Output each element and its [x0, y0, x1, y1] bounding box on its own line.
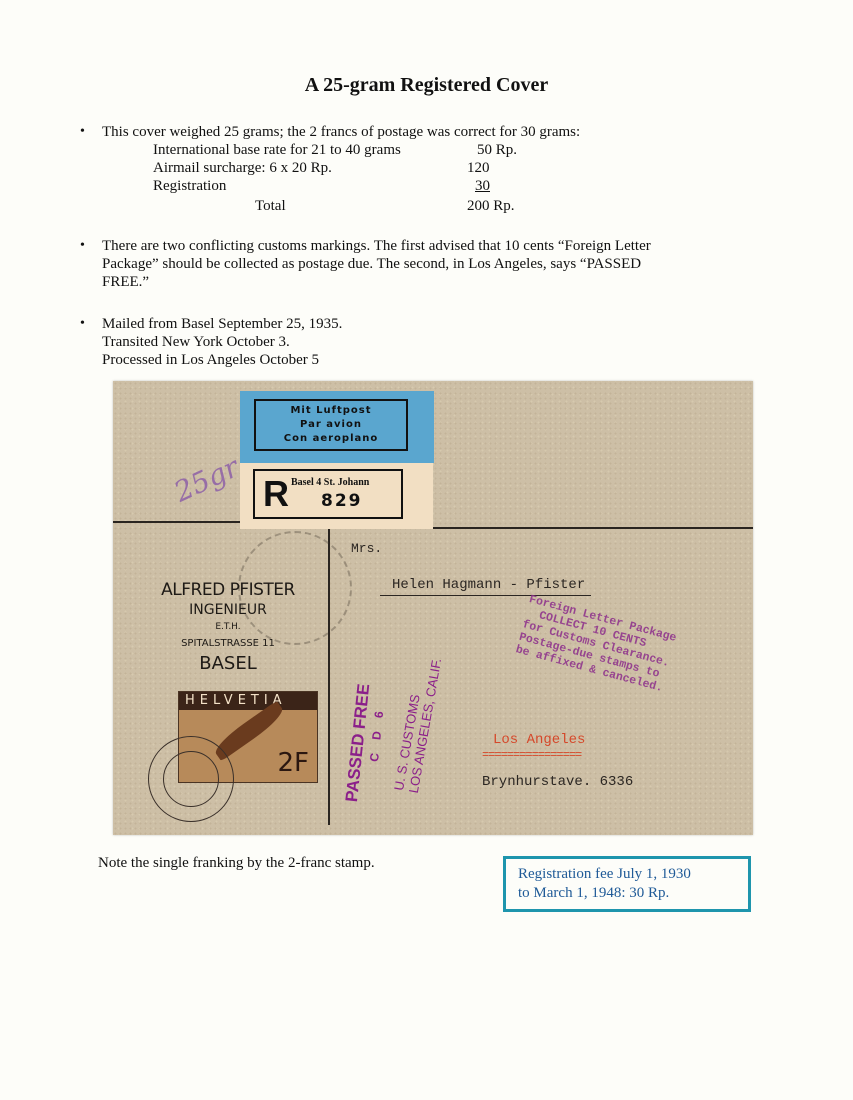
rate-label: Registration [153, 177, 226, 195]
bullet-line: Processed in Los Angeles October 5 [102, 351, 319, 369]
bullet-line: Package” should be collected as postage … [102, 255, 641, 273]
registration-box: R Basel 4 St. Johann 829 [253, 469, 403, 519]
recipient-salutation: Mrs. [351, 541, 382, 556]
bullet-line: Mailed from Basel September 25, 1935. [102, 315, 342, 333]
bullet-icon [80, 237, 100, 254]
customs-foreign-letter-stamp: Foreign Letter Package COLLECT 10 CENTSf… [514, 593, 677, 695]
bullet-icon [80, 123, 100, 140]
recipient-city-rule: ================ [482, 748, 581, 762]
bullet-line: Transited New York October 3. [102, 333, 290, 351]
stamp-value: 2F [278, 748, 310, 778]
us-customs-stamp: U. S. CUSTOMS LOS ANGELES, CALIF. [391, 655, 444, 795]
registration-label: R Basel 4 St. Johann 829 [240, 463, 433, 529]
cover-image: 25gr Mit Luftpost Par avion Con aeroplan… [113, 381, 753, 835]
postmark-circle [148, 736, 234, 822]
airmail-line: Mit Luftpost [256, 404, 406, 418]
rate-value: 120 [467, 159, 490, 177]
sender-city: BASEL [133, 653, 323, 675]
bullet-text: This cover weighed 25 grams; the 2 franc… [102, 123, 580, 141]
airmail-line: Con aeroplano [256, 432, 406, 446]
recipient-city: Los Angeles [493, 732, 585, 748]
pencil-weight-note: 25gr [169, 450, 244, 508]
rate-total: 200 Rp. [467, 197, 515, 215]
franking-note: Note the single franking by the 2-franc … [98, 855, 375, 872]
bullet-icon [80, 315, 100, 332]
infobox-line: to March 1, 1948: 30 Rp. [518, 884, 748, 903]
sender-address: ALFRED PFISTER INGENIEUR E.T.H. SPITALST… [133, 579, 323, 675]
bullet-line: FREE.” [102, 273, 149, 291]
divider [433, 527, 753, 529]
airmail-line: Par avion [256, 418, 406, 432]
sender-degree: E.T.H. [133, 619, 323, 635]
rate-value: 50 Rp. [477, 141, 517, 159]
page-title: A 25-gram Registered Cover [0, 74, 853, 97]
rate-label: Airmail surcharge: 6 x 20 Rp. [153, 159, 332, 177]
registration-fee-box: Registration fee July 1, 1930 to March 1… [503, 856, 751, 912]
sender-title: INGENIEUR [133, 601, 323, 619]
sender-street: SPITALSTRASSE 11 [133, 635, 323, 653]
stamp-country: HELVETIA [179, 692, 317, 710]
infobox-line: Registration fee July 1, 1930 [518, 865, 748, 884]
airmail-label: Mit Luftpost Par avion Con aeroplano [240, 391, 434, 463]
airmail-label-box: Mit Luftpost Par avion Con aeroplano [254, 399, 408, 451]
rate-label: Total [255, 197, 286, 215]
registration-letter: R [263, 473, 289, 515]
registration-number: 829 [321, 491, 363, 511]
recipient-name: Helen Hagmann - Pfister [380, 577, 591, 596]
rate-label: International base rate for 21 to 40 gra… [153, 141, 401, 159]
sender-name: ALFRED PFISTER [133, 579, 323, 601]
bullet-line: There are two conflicting customs markin… [102, 237, 651, 255]
rate-value: 30 [467, 177, 490, 195]
registration-office: Basel 4 St. Johann [291, 477, 369, 488]
recipient-street: Brynhurstave. 6336 [482, 774, 633, 790]
